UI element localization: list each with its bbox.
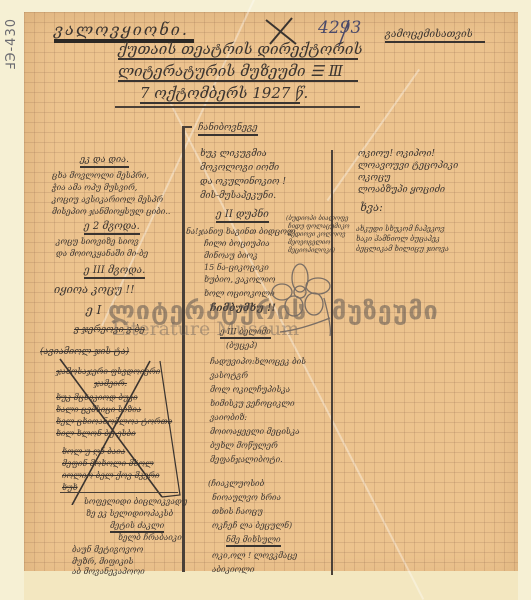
center-para1-line: ხუკ ლიკუგმია <box>200 150 267 159</box>
center-para4-line: ნიოაულვო ხრია <box>212 494 281 502</box>
left-sub1-line: და მოიოკყანაში მი-ბე <box>56 250 148 258</box>
center-para1-line: და ოკულინოკიო ! <box>200 178 286 187</box>
center-subheading-4: ნმე მიხსული <box>226 536 281 547</box>
cross-out-mark <box>50 355 185 505</box>
center-subheading-2: ე II დუპნი <box>216 210 269 223</box>
side-note-line: მედიოვი კოლოოვ <box>288 232 345 238</box>
left-bottom-line: მუზრ, მიფიკის <box>72 558 133 566</box>
catalog-number: ℲЭ-430 <box>4 18 20 70</box>
left-sub1-line: კოცუ სიოვიზე სიოვ <box>56 238 139 246</box>
header-line-3: 7 ოქტომბერს 1927 წ. <box>140 86 300 104</box>
top-right-note: გამოცემისათვის <box>385 30 485 43</box>
column-bracket <box>182 126 192 128</box>
left-subheading-3: ე III მგოდა. <box>84 266 145 279</box>
center-para2-line: ჩილი ბოციუპია <box>204 240 270 248</box>
left-bottom-line: ზე ეკ სელიდიოპაკსბ <box>86 510 173 518</box>
center-para3-line: ხიმისკუ ვეჩოციკლი <box>210 400 295 408</box>
left-para-line: ცხა მოვლოლი მესპრი, <box>52 172 149 180</box>
right-para1-line: ლოაბზუპი ყოციძი <box>358 186 445 195</box>
center-para4-line: (ჩიაკლუოსიბ <box>208 480 264 488</box>
right-para1-line: ხვა: <box>360 202 383 213</box>
header-line-1: ქუთაის თეატრის დირექტორის <box>118 42 358 60</box>
center-para3-line: მოიოაყეელი მეცისკა <box>210 428 300 436</box>
side-note-line: (ბუდიოპი ბიალოფე <box>286 216 348 222</box>
left-para-line: მისეპიო ჯანმიოყსულ ციბი.. <box>52 208 170 216</box>
left-bottom-line: აბ მოვანეკაპოოი <box>72 568 145 576</box>
center-para3-line: მეფანჯალიბოტი. <box>210 456 283 464</box>
center-para2-line: 15 ნა-ციკოციკი <box>204 264 269 272</box>
flower-icon <box>270 258 340 338</box>
center-para2-line: მინოაუ ბიოკ <box>204 252 258 260</box>
center-para1-line: მის-მუსაპეკუნი. <box>200 192 276 201</box>
left-para-line: კოციუ ავსიკარიოლ მესპრ <box>52 196 163 204</box>
right-para2-line: ბეცლიკამ ხილიცუ ჯიოვა <box>356 246 449 253</box>
right-para1-line: ლოავოუვი ტეცოპიკი <box>358 162 458 171</box>
side-note-line: მეციოპილოკი) <box>288 248 335 254</box>
header-line-2: ლიტერატურის მუზეუმი ☰ Ⅲ <box>118 64 358 82</box>
center-para3-line: მოლ ოკილჩუპისკა <box>210 386 290 394</box>
right-para2-line: ხაკი ჰამნიოლ ბუცაპეკ <box>356 236 440 243</box>
side-note-line: მეოვოგელიო <box>288 240 330 246</box>
left-sub3-heading: ე I <box>86 304 101 316</box>
center-para3-line: ვასოტგრ <box>210 372 248 380</box>
left-bottom-line: ბაუნ მეტიგოვოო <box>72 546 143 554</box>
left-bottom-line: სოფელიდი ბიცლიკვადუ <box>84 498 187 506</box>
watermark-georgian-right: მუზეუმი <box>332 296 439 325</box>
column-divider-right <box>331 150 333 575</box>
left-sub2-line: იყიოა კოცუ !! <box>54 284 135 295</box>
center-para2-line: ნა!ჯანიუ ხაგინთ ბიდცოლ <box>186 228 296 236</box>
left-divider <box>60 492 178 493</box>
right-para1-line: ოკოცუ <box>358 174 391 183</box>
center-para2-line: ხუბიო, ვაკოლიო <box>204 276 275 284</box>
center-para3-line: ვაიობიზ: <box>210 414 247 422</box>
left-bottom-line: მეტის ძაკლი <box>110 522 164 533</box>
center-heading: ჩანიბოვნეგე <box>198 124 258 136</box>
center-para3-line: ჩადუვიპო:ხლოცეკ ბის <box>210 358 306 366</box>
header-divider <box>115 106 360 108</box>
left-para-line: ჭია ამა ოპუ მუსვირ, <box>52 184 137 192</box>
center-para4-line: ოკჩეჩ ლა ბეცულნ) <box>212 522 292 530</box>
left-bottom-line: ხელბ ჩრაბაიკი <box>118 534 182 542</box>
center-sub2-paren: (ბუცეპ) <box>226 342 257 350</box>
center-para5-line: აბიკიოლი <box>212 566 254 574</box>
left-heading: ეკ და დია. <box>80 156 129 168</box>
side-note-line: ჩიდუ ფოლაცუმიკო <box>288 224 350 230</box>
center-para4-line: თხის ჩაოცუ <box>212 508 263 516</box>
center-para5-line: ოკი,ოლ ! ლოვკმაცე <box>212 552 297 560</box>
right-para2-line: ახკუდი სხუკომ ჩაპეკოვ <box>356 226 445 233</box>
center-para3-line: ბუხლ მოწულერ <box>210 442 278 450</box>
right-para1-line: ოკიოუ! ოკიპოი! <box>358 150 435 159</box>
left-subheading-2: ე 2 მგოდა. <box>84 222 140 235</box>
center-para1-line: მოკოლოგი იოში <box>200 164 279 173</box>
